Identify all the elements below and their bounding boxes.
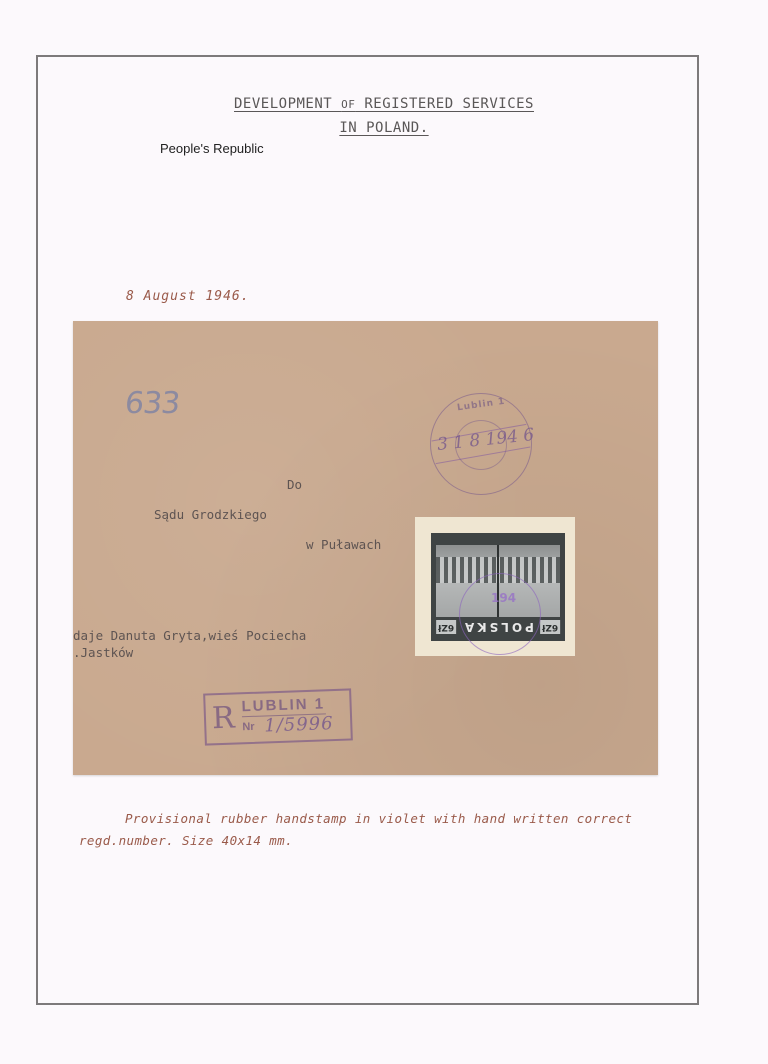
registration-letter: R xyxy=(211,701,235,737)
title-part-2: OF xyxy=(341,98,355,111)
stamp-piece: 6Zł POLSKA 6Zł 194 xyxy=(415,517,575,656)
address-line-3: w Puławach xyxy=(306,537,381,552)
cover-date: 8 August 1946. xyxy=(126,289,250,304)
registration-handstamp: R LUBLIN 1 Nr 1/5996 xyxy=(203,688,353,745)
page-title-line1: DEVELOPMENT OF REGISTERED SERVICES xyxy=(0,96,768,112)
address-line-2: Sądu Grodzkiego xyxy=(154,507,267,522)
sender-line-1: daje Danuta Gryta,wieś Pociecha xyxy=(73,628,306,643)
address-line-1: Do xyxy=(287,477,302,492)
stamp-value-right: 6Zł xyxy=(436,620,456,634)
sender-line-2: .Jastków xyxy=(73,645,133,660)
registration-number: 1/5996 xyxy=(264,713,334,736)
pencil-note: 633 xyxy=(123,386,181,421)
cover-caption: Provisional rubber handstamp in violet w… xyxy=(79,808,669,852)
envelope-cover: 633 Lublin 1 3 1 8 194 6 Do Sądu Grodzki… xyxy=(73,321,658,775)
stamp-value-left: 6Zł xyxy=(540,620,560,634)
title-part-3: REGISTERED SERVICES xyxy=(355,96,534,112)
postmark-town: Lublin 1 xyxy=(457,397,506,414)
postmark-circle: Lublin 1 3 1 8 194 6 xyxy=(430,393,532,495)
stamp-cancel-text: 194 xyxy=(491,591,516,605)
registration-nr-label: Nr xyxy=(242,721,255,733)
page-subtitle: People's Republic xyxy=(160,141,264,156)
stamp-cancel-ring xyxy=(459,573,541,655)
postage-stamp: 6Zł POLSKA 6Zł 194 xyxy=(431,533,565,641)
title-part-1: DEVELOPMENT xyxy=(234,96,341,112)
title-line2-text: IN POLAND. xyxy=(339,120,428,136)
page-title-line2: IN POLAND. xyxy=(0,120,768,136)
